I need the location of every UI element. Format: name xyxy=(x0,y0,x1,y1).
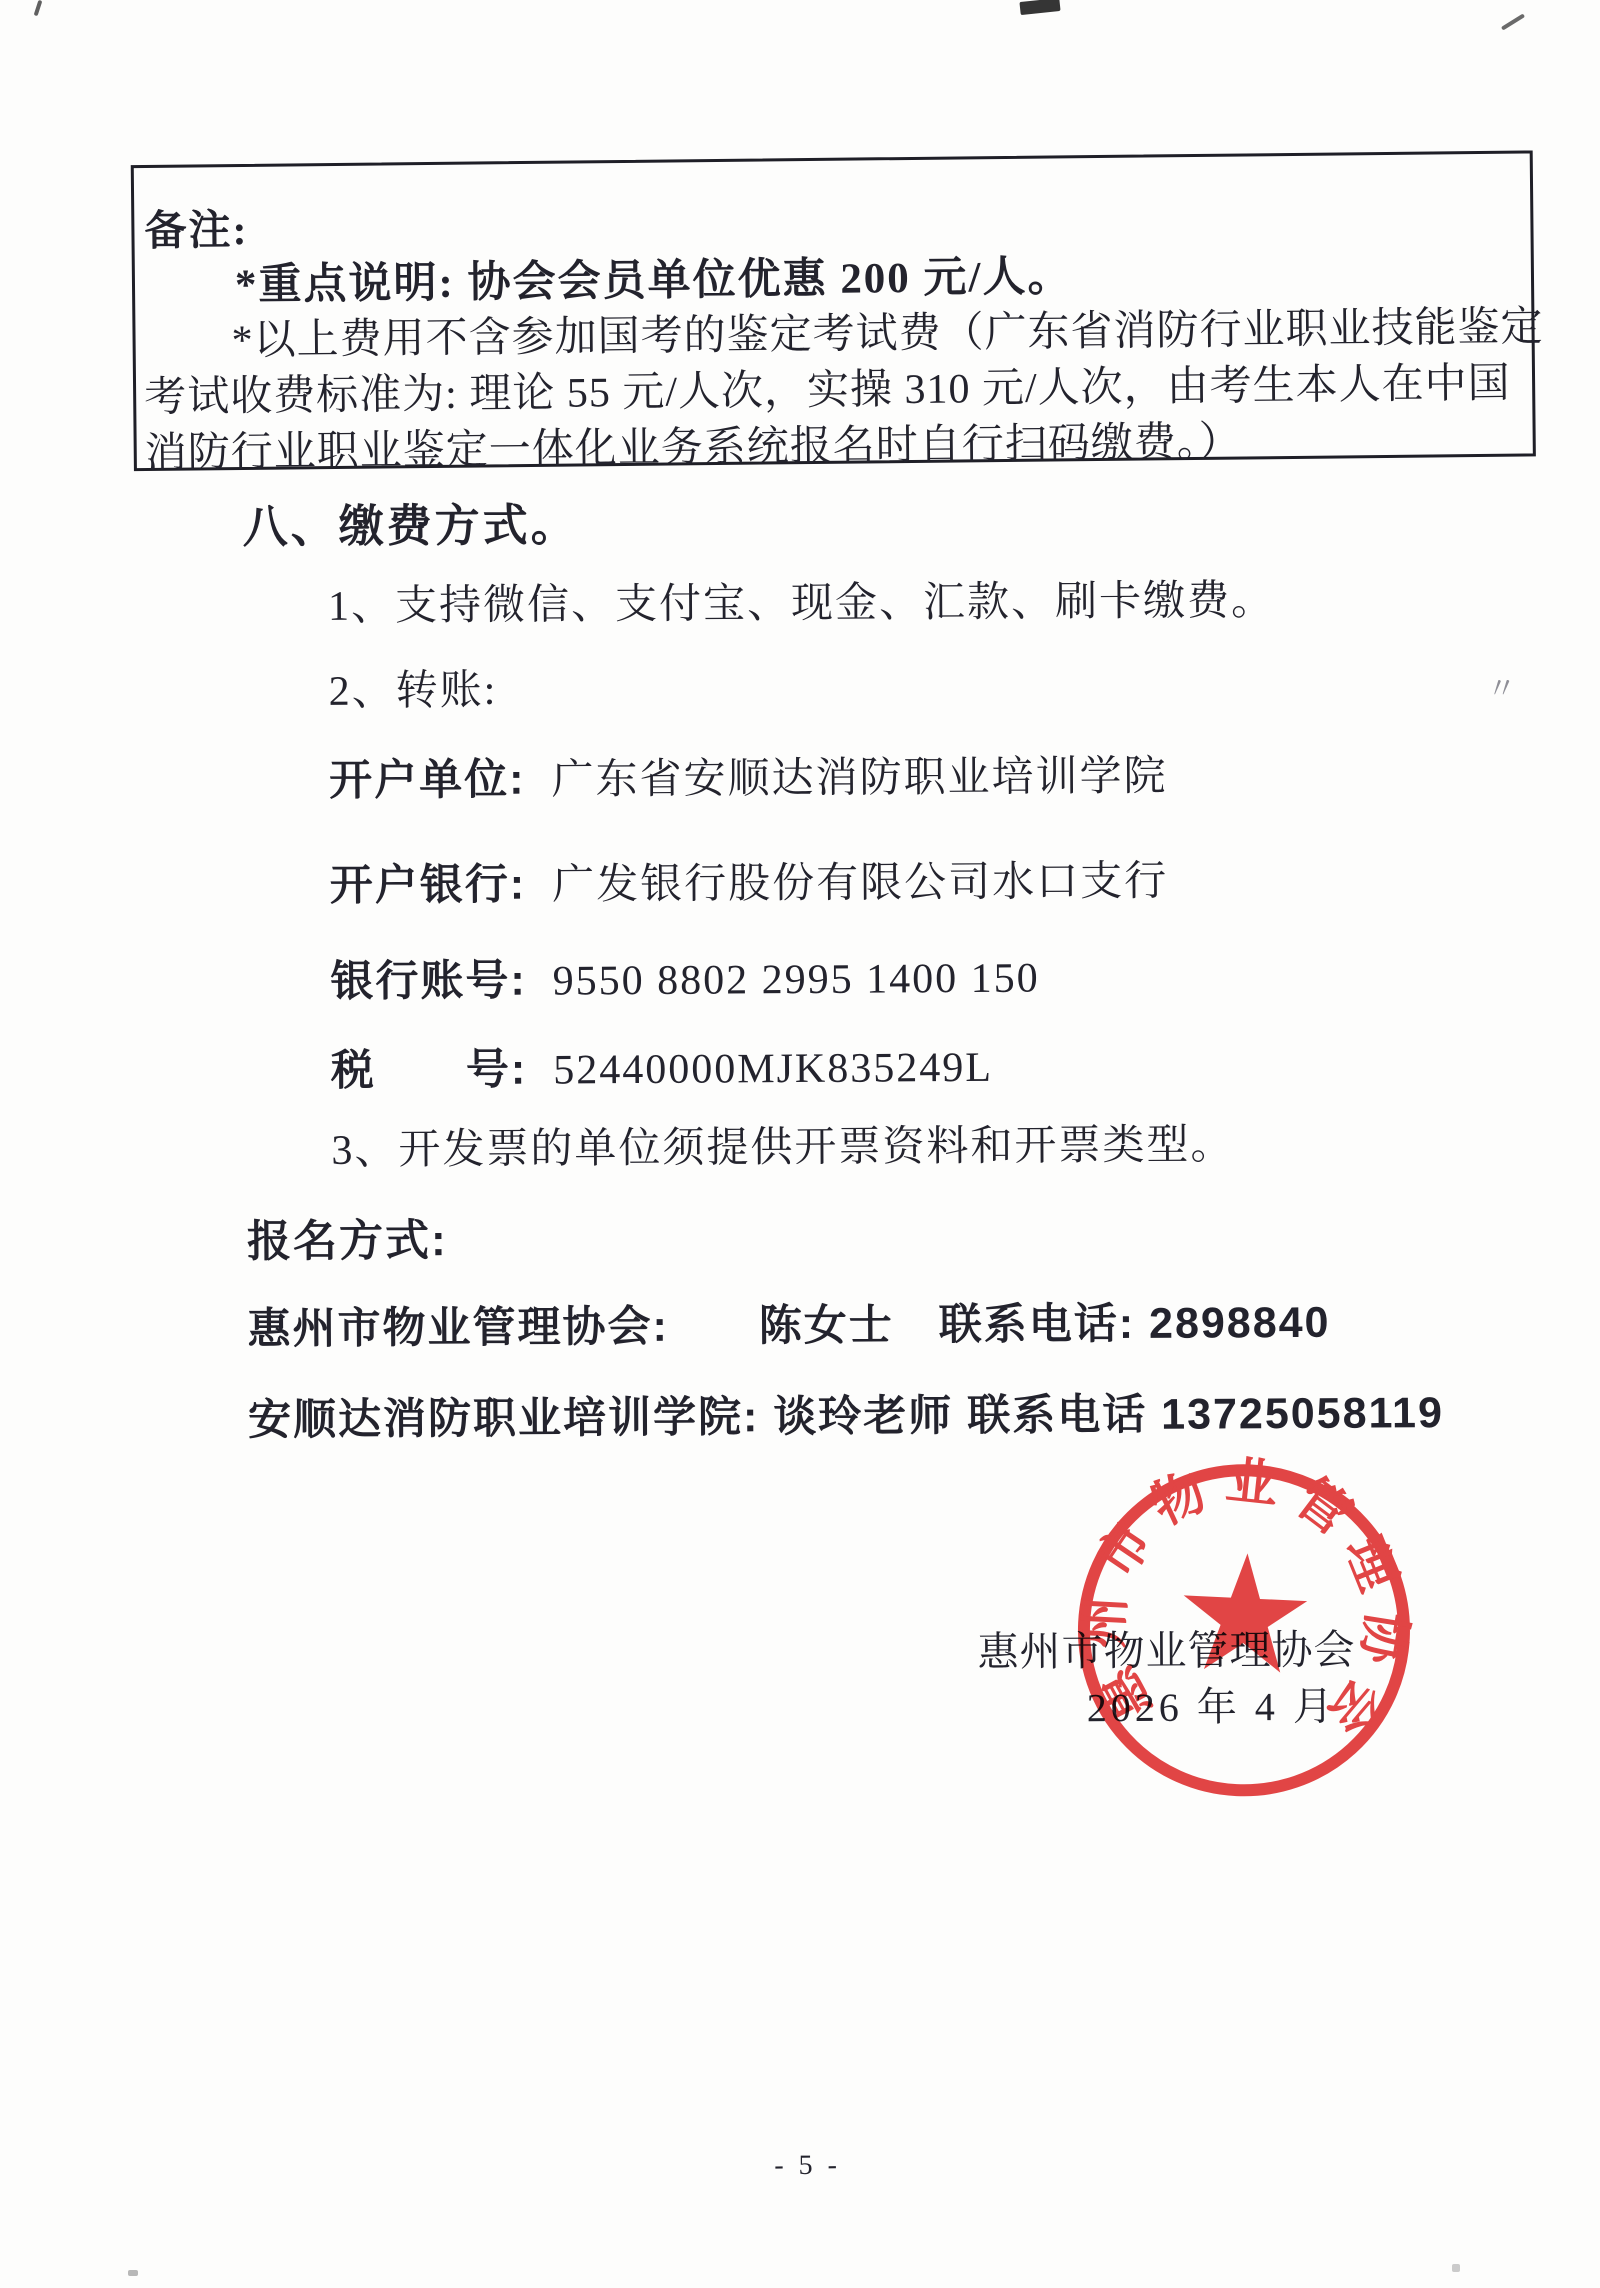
payment-item-2: 2、转账: xyxy=(328,657,497,718)
contact-line-association: 惠州市物业管理协会: 陈女士 联系电话: 2898840 xyxy=(247,1289,1330,1357)
remark-box: 备注: *重点说明: 协会会员单位优惠 200 元/人。 *以上费用不含参加国考… xyxy=(131,150,1536,471)
bank-account-number-row: 银行账号:9550 8802 2995 1400 150 xyxy=(330,944,1040,1009)
tax-number-row: 税 号:52440000MJK835249L xyxy=(331,1033,993,1098)
scan-artifact xyxy=(1452,2264,1460,2272)
tax-number-value: 52440000MJK835249L xyxy=(553,1045,993,1094)
page-number: - 5 - xyxy=(8,2145,1600,2187)
bank-account-name-value: 广东省安顺达消防职业培训学院 xyxy=(551,754,1167,804)
bank-name-label: 开户银行: xyxy=(330,861,527,910)
tax-number-label: 税 号: xyxy=(331,1046,528,1095)
association-stamp: 惠州市物业管理协会 xyxy=(1035,1413,1453,1831)
payment-section-heading: 八、缴费方式。 xyxy=(242,488,578,555)
payment-item-1: 1、支持微信、支付宝、现金、汇款、刷卡缴费。 xyxy=(328,567,1275,633)
bank-account-number-value: 9550 8802 2995 1400 150 xyxy=(553,956,1040,1005)
scan-artifact-quote-mark: 〃 xyxy=(1486,664,1516,708)
bank-name-value: 广发银行股份有限公司水口支行 xyxy=(552,859,1168,909)
stamp-star-icon xyxy=(1180,1551,1309,1674)
bank-account-number-label: 银行账号: xyxy=(330,957,527,1006)
remark-note-line: 消防行业职业鉴定一体化业务系统报名时自行扫码缴费。） xyxy=(144,409,1242,480)
bank-name-row: 开户银行:广发银行股份有限公司水口支行 xyxy=(330,847,1169,913)
bank-account-name-label: 开户单位: xyxy=(329,756,526,805)
document-page: 备注: *重点说明: 协会会员单位优惠 200 元/人。 *以上费用不含参加国考… xyxy=(0,0,1600,2288)
remark-title: 备注: xyxy=(144,197,249,258)
payment-item-3: 3、开发票的单位须提供开票资料和开票类型。 xyxy=(331,1111,1234,1177)
scan-artifact xyxy=(128,2270,138,2276)
registration-heading: 报名方式: xyxy=(247,1204,448,1269)
bank-account-name-row: 开户单位:广东省安顺达消防职业培训学院 xyxy=(329,742,1168,808)
